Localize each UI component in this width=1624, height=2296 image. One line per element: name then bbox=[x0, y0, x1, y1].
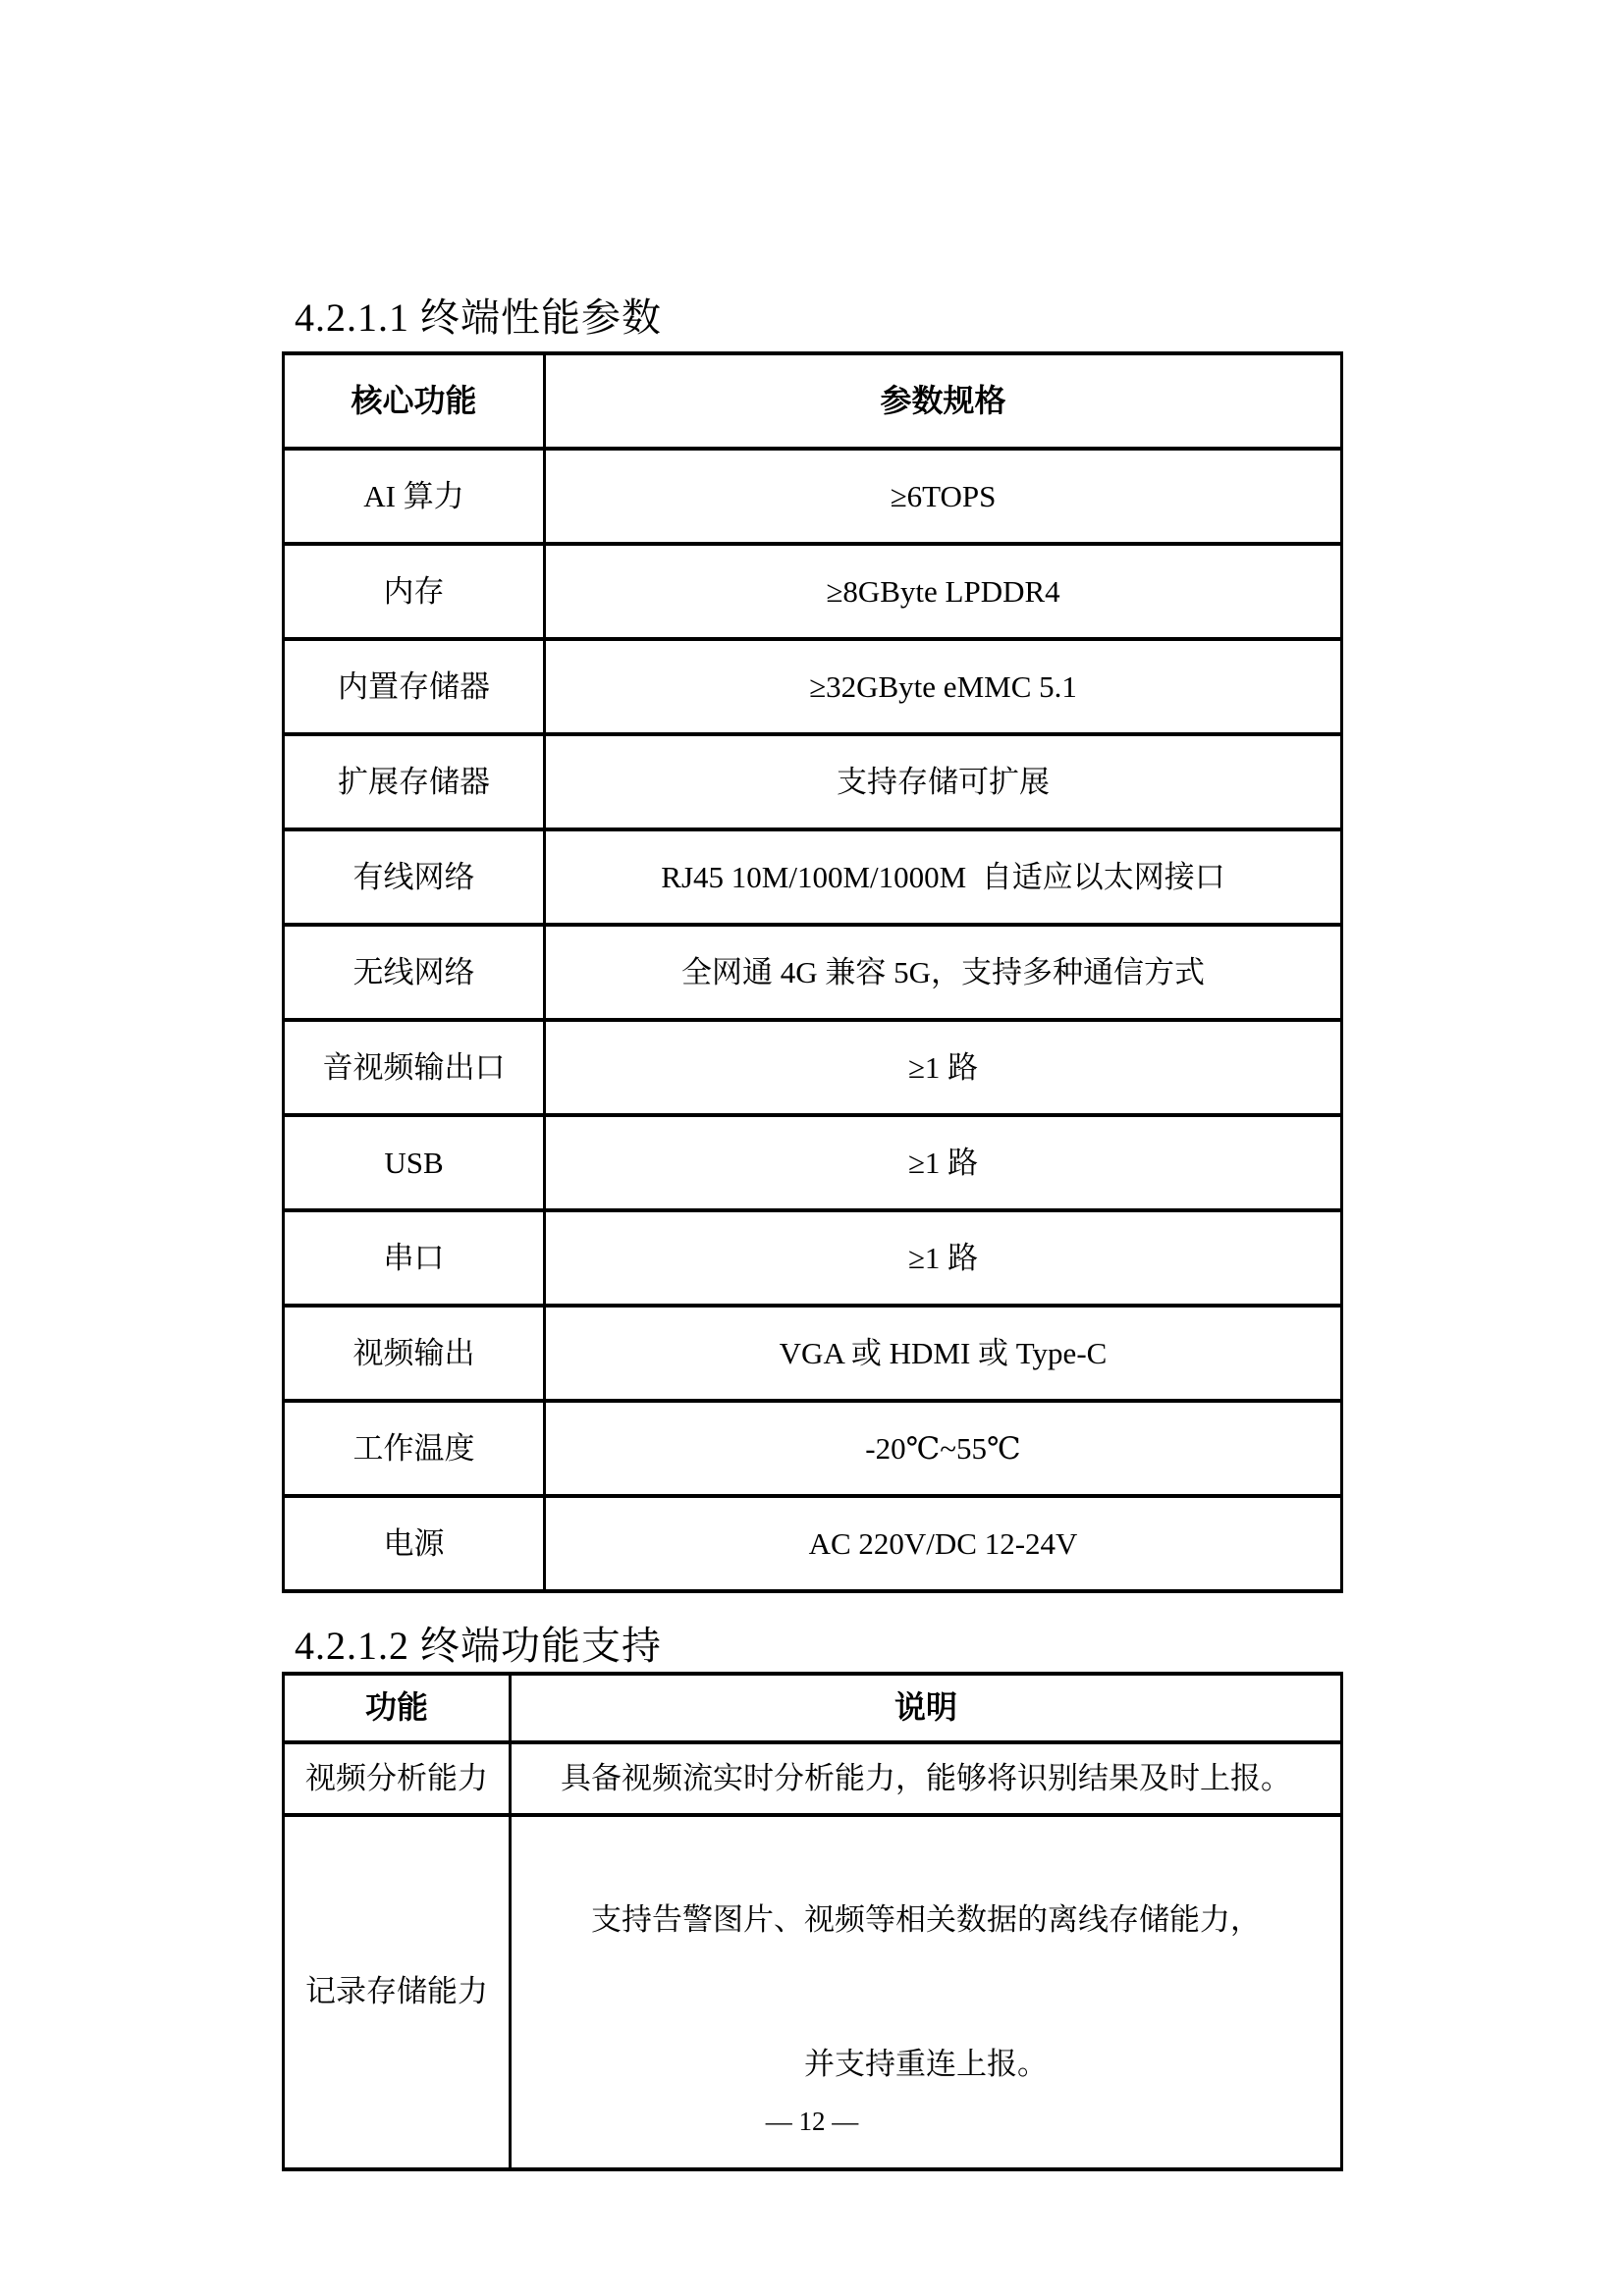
document-page: 4.2.1.1 终端性能参数 核心功能 参数规格 AI 算力 ≥6TOPS 内存… bbox=[0, 0, 1624, 2296]
feature-cell: 串口 bbox=[284, 1210, 545, 1306]
table-header-row: 核心功能 参数规格 bbox=[284, 353, 1342, 449]
table-row: 音视频输出口 ≥1 路 bbox=[284, 1020, 1342, 1115]
value-cell: ≥1 路 bbox=[545, 1020, 1342, 1115]
value-cell: ≥1 路 bbox=[545, 1115, 1342, 1210]
table-row: 视频分析能力 具备视频流实时分析能力，能够将识别结果及时上报。 bbox=[284, 1742, 1342, 1815]
feature-cell: 视频分析能力 bbox=[284, 1742, 511, 1815]
table-row: 工作温度 -20℃~55℃ bbox=[284, 1401, 1342, 1496]
table-row: 视频输出 VGA 或 HDMI 或 Type-C bbox=[284, 1306, 1342, 1401]
column-header-description: 说明 bbox=[511, 1674, 1342, 1742]
value-cell: ≥8GByte LPDDR4 bbox=[545, 544, 1342, 639]
value-cell: 支持存储可扩展 bbox=[545, 734, 1342, 829]
feature-cell: 内置存储器 bbox=[284, 639, 545, 734]
table-row: 无线网络 全网通 4G 兼容 5G，支持多种通信方式 bbox=[284, 925, 1342, 1020]
column-header-function: 功能 bbox=[284, 1674, 511, 1742]
column-header-core-function: 核心功能 bbox=[284, 353, 545, 449]
table-row: 扩展存储器 支持存储可扩展 bbox=[284, 734, 1342, 829]
value-line-2: 并支持重连上报。 bbox=[517, 2044, 1334, 2085]
feature-cell: 扩展存储器 bbox=[284, 734, 545, 829]
value-cell: 全网通 4G 兼容 5G，支持多种通信方式 bbox=[545, 925, 1342, 1020]
value-cell: -20℃~55℃ bbox=[545, 1401, 1342, 1496]
terminal-functions-table: 功能 说明 视频分析能力 具备视频流实时分析能力，能够将识别结果及时上报。 记录… bbox=[282, 1672, 1343, 2171]
feature-cell: 内存 bbox=[284, 544, 545, 639]
table-row: 有线网络 RJ45 10M/100M/1000M 自适应以太网接口 bbox=[284, 829, 1342, 925]
column-header-parameter-spec: 参数规格 bbox=[545, 353, 1342, 449]
table-row: USB ≥1 路 bbox=[284, 1115, 1342, 1210]
table-row: 内存 ≥8GByte LPDDR4 bbox=[284, 544, 1342, 639]
section-heading-terminal-performance: 4.2.1.1 终端性能参数 bbox=[295, 287, 662, 343]
page-number: — 12 — bbox=[0, 2107, 1624, 2137]
value-cell: ≥32GByte eMMC 5.1 bbox=[545, 639, 1342, 734]
feature-cell: USB bbox=[284, 1115, 545, 1210]
table-row: 电源 AC 220V/DC 12-24V bbox=[284, 1496, 1342, 1591]
terminal-performance-table: 核心功能 参数规格 AI 算力 ≥6TOPS 内存 ≥8GByte LPDDR4… bbox=[282, 351, 1343, 1593]
value-line-1: 支持告警图片、视频等相关数据的离线存储能力， bbox=[517, 1899, 1334, 1941]
value-cell: VGA 或 HDMI 或 Type-C bbox=[545, 1306, 1342, 1401]
feature-cell: AI 算力 bbox=[284, 449, 545, 544]
feature-cell: 无线网络 bbox=[284, 925, 545, 1020]
value-cell: ≥1 路 bbox=[545, 1210, 1342, 1306]
value-cell: 具备视频流实时分析能力，能够将识别结果及时上报。 bbox=[511, 1742, 1342, 1815]
value-cell: AC 220V/DC 12-24V bbox=[545, 1496, 1342, 1591]
feature-cell: 音视频输出口 bbox=[284, 1020, 545, 1115]
feature-cell: 视频输出 bbox=[284, 1306, 545, 1401]
value-cell: RJ45 10M/100M/1000M 自适应以太网接口 bbox=[545, 829, 1342, 925]
value-cell: ≥6TOPS bbox=[545, 449, 1342, 544]
section-heading-terminal-functions: 4.2.1.2 终端功能支持 bbox=[295, 1615, 662, 1671]
table-row: 内置存储器 ≥32GByte eMMC 5.1 bbox=[284, 639, 1342, 734]
feature-cell: 电源 bbox=[284, 1496, 545, 1591]
table-row: 串口 ≥1 路 bbox=[284, 1210, 1342, 1306]
table-header-row: 功能 说明 bbox=[284, 1674, 1342, 1742]
feature-cell: 有线网络 bbox=[284, 829, 545, 925]
feature-cell: 工作温度 bbox=[284, 1401, 545, 1496]
table-row: AI 算力 ≥6TOPS bbox=[284, 449, 1342, 544]
